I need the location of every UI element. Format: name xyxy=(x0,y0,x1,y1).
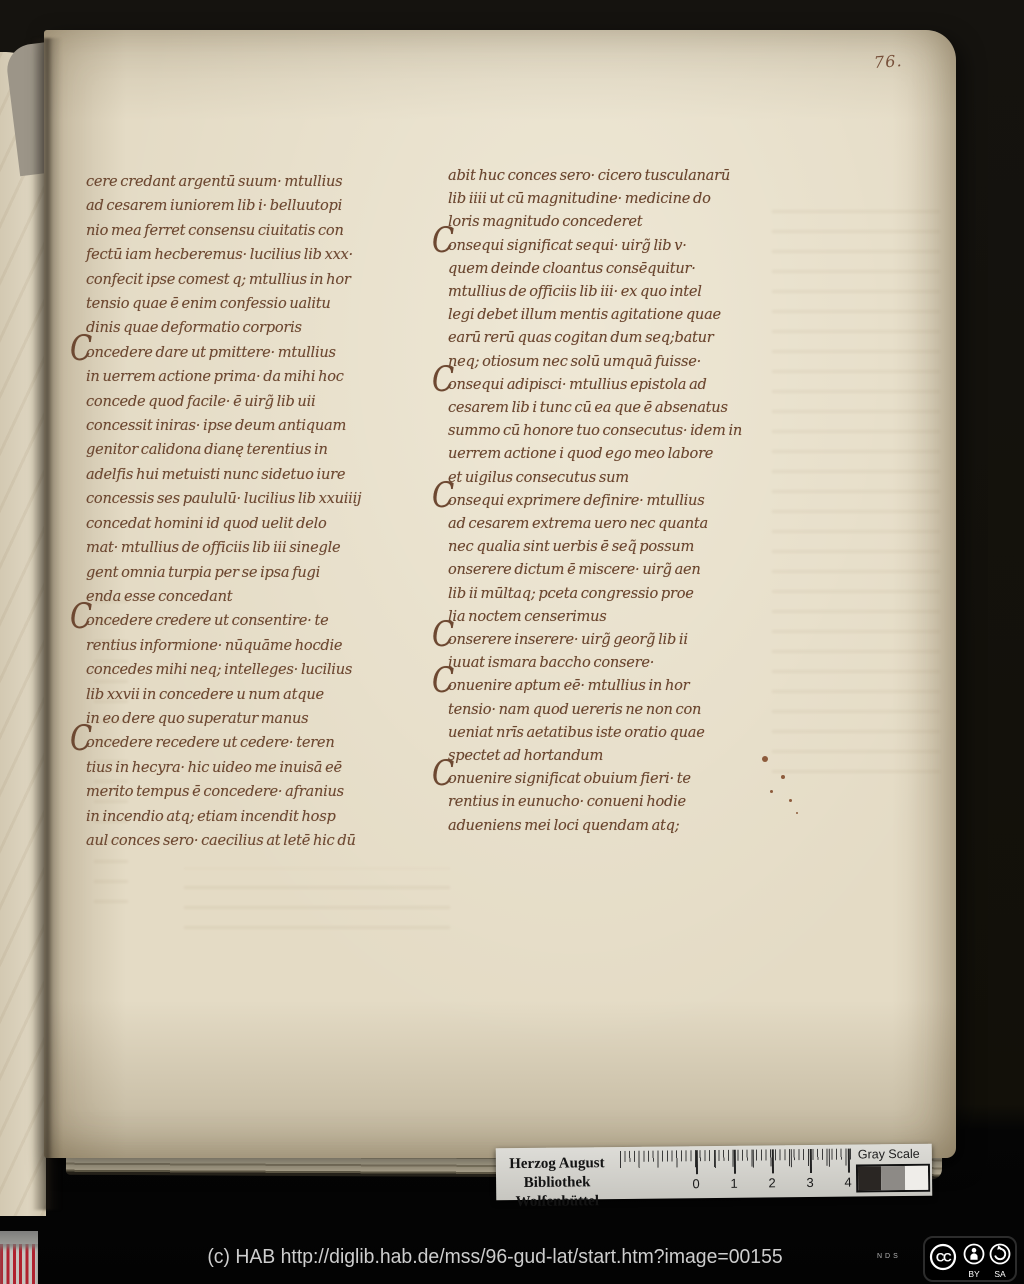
manuscript-line: cere credant argentū suum· mtullius xyxy=(86,170,404,194)
library-name: Herzog August Bibliothek Wolfenbüttel xyxy=(496,1147,619,1200)
ink-spot xyxy=(762,756,768,762)
showthrough-text-right-margin xyxy=(772,200,940,790)
manuscript-page: 76. cere credant argentū suum· mtulliusa… xyxy=(44,30,956,1158)
library-name-line1: Herzog August Bibliothek xyxy=(496,1154,618,1193)
manuscript-line-text: ueniat nrīs aetatibus iste oratio quae xyxy=(448,724,705,741)
manuscript-line-text: summo cū honore tuo consecutus· idem in xyxy=(448,422,742,439)
manuscript-line: concede quod facile· ē uirg̃ lib uii xyxy=(86,390,404,414)
manuscript-line: confecit ipse comest q; mtullius in hor xyxy=(86,268,404,292)
library-name-line2: Wolfenbüttel xyxy=(496,1192,618,1212)
manuscript-line-text: quem deinde cloantus consēquitur· xyxy=(448,260,696,277)
gray-scale-swatch xyxy=(881,1166,905,1190)
ruler-mid-tick xyxy=(791,1149,792,1167)
manuscript-line: concedes mihi neq; intelleges· lucilius xyxy=(86,658,404,682)
svg-text:CC: CC xyxy=(936,1251,952,1265)
manuscript-line-text: mat· mtullius de officiis lib iii sinegl… xyxy=(86,539,340,556)
manuscript-line: lib iiii ut cū magnitudine· medicine do xyxy=(448,187,766,210)
cc-sa-icon xyxy=(991,1245,1010,1264)
ruler-medium-ticks xyxy=(620,1149,854,1168)
manuscript-line: dinis quae deformatio corporis xyxy=(86,316,404,340)
manuscript-line: nio mea ferret consensu ciuitatis con xyxy=(86,219,404,243)
entry-initial: C xyxy=(432,621,454,649)
gray-scale-swatch xyxy=(905,1166,929,1190)
entry-initial: C xyxy=(432,760,454,788)
manuscript-line-text: gent omnia turpia per se ipsa fugi xyxy=(86,564,320,581)
folio-number: 76. xyxy=(873,51,903,72)
cc-license-icons: CC BY SA xyxy=(925,1238,1015,1280)
manuscript-line: concessit iniras· ipse deum antiquam xyxy=(86,414,404,438)
manuscript-line: mtullius de officiis lib iii· ex quo int… xyxy=(448,280,766,303)
manuscript-line: mat· mtullius de officiis lib iii sinegl… xyxy=(86,536,404,560)
manuscript-line: Concedere recedere ut cedere· teren xyxy=(86,731,404,755)
manuscript-line-text: lia noctem censerimus xyxy=(448,608,606,625)
manuscript-line-text: concessit iniras· ipse deum antiquam xyxy=(86,417,346,434)
manuscript-line-text: fectū iam hecberemus· lucilius lib xxx· xyxy=(86,246,353,263)
manuscript-line: aul conces sero· caecilius at letē hic d… xyxy=(86,829,404,853)
manuscript-line: lia noctem censerimus xyxy=(448,605,766,628)
manuscript-line-text: legi debet illum mentis agitatione quae xyxy=(448,306,721,323)
manuscript-line: enda esse concedant xyxy=(86,585,404,609)
manuscript-line: Conuenire aptum eē· mtullius in hor xyxy=(448,674,766,697)
cc-license-badge: CC BY SA xyxy=(923,1236,1017,1282)
manuscript-line-text: tensio quae ē enim confessio ualitu xyxy=(86,295,331,312)
manuscript-line: neq; otiosum nec solū umquā fuisse· xyxy=(448,350,766,373)
manuscript-line-text: et uigilus consecutus sum xyxy=(448,469,629,486)
manuscript-line-text: onuenire aptum eē· mtullius in hor xyxy=(448,677,689,694)
manuscript-line-text: dinis quae deformatio corporis xyxy=(86,319,302,336)
cc-by-label: BY xyxy=(968,1269,980,1279)
registration-mark-top xyxy=(0,1231,38,1244)
ruler-major-tick xyxy=(696,1150,698,1174)
cc-by-icon xyxy=(965,1245,984,1264)
manuscript-line: rentius informione· nūquāme hocdie xyxy=(86,634,404,658)
ruler-number: 0 xyxy=(692,1176,699,1191)
manuscript-line: Conuenire significat obuium fieri· te xyxy=(448,767,766,790)
manuscript-line-text: tensio· nam quod uereris ne non con xyxy=(448,701,701,718)
manuscript-line-text: nec qualia sint uerbis ē seq̃ possum xyxy=(448,538,694,555)
cc-sa-label: SA xyxy=(994,1269,1006,1279)
manuscript-line: cesarem lib i tunc cū ea que ē absenatus xyxy=(448,396,766,419)
manuscript-line-text: rentius in eunucho· conueni hodie xyxy=(448,793,686,810)
manuscript-line-text: ad cesarem iuniorem lib i· belluutopi xyxy=(86,197,342,214)
entry-initial: C xyxy=(432,366,454,394)
manuscript-line-text: cere credant argentū suum· mtullius xyxy=(86,173,342,190)
gray-scale-swatch xyxy=(858,1166,882,1190)
manuscript-line: quem deinde cloantus consēquitur· xyxy=(448,257,766,280)
manuscript-line: Conserere inserere· uirg̃ georg̃ lib ii xyxy=(448,628,766,651)
manuscript-line-text: concedat homini id quod uelit delo xyxy=(86,515,327,532)
entry-initial: C xyxy=(70,333,92,362)
manuscript-line-text: loris magnitudo concederet xyxy=(448,213,642,230)
entry-initial: C xyxy=(432,226,454,254)
manuscript-line-text: concessis ses paululū· lucilius lib xxui… xyxy=(86,490,361,507)
ruler-mid-tick xyxy=(829,1149,830,1167)
cc-icon: CC xyxy=(931,1245,955,1269)
entry-initial: C xyxy=(70,724,92,753)
text-column-left: cere credant argentū suum· mtulliusad ce… xyxy=(86,170,404,853)
manuscript-line: nec qualia sint uerbis ē seq̃ possum xyxy=(448,535,766,558)
manuscript-line: Consequi significat sequi· uirg̃ lib v· xyxy=(448,234,766,257)
manuscript-line-text: nio mea ferret consensu ciuitatis con xyxy=(86,222,344,239)
ruler-number: 3 xyxy=(806,1175,813,1190)
ruler-mid-tick xyxy=(715,1150,716,1168)
manuscript-line-text: onsequi exprimere definire· mtullius xyxy=(448,492,704,509)
manuscript-line-text: iuuat ismara baccho consere· xyxy=(448,654,654,671)
ink-spot xyxy=(781,775,785,779)
manuscript-line-text: oncedere dare ut pmittere· mtullius xyxy=(86,344,336,361)
color-scale-card: Herzog August Bibliothek Wolfenbüttel 01… xyxy=(496,1144,933,1201)
copyright-line: (c) HAB http://diglib.hab.de/mss/96-gud-… xyxy=(15,1246,975,1269)
manuscript-line: lib ii mūltaq; pceta congressio proe xyxy=(448,582,766,605)
manuscript-line: tius in hecyra· hic uideo me inuisā eē xyxy=(86,756,404,780)
manuscript-line: genitor calidona dianę terentius in xyxy=(86,438,404,462)
ink-spot xyxy=(789,799,792,802)
manuscript-line: concessis ses paululū· lucilius lib xxui… xyxy=(86,487,404,511)
manuscript-line-text: neq; otiosum nec solū umquā fuisse· xyxy=(448,353,701,370)
manuscript-line-text: spectet ad hortandum xyxy=(448,747,603,764)
ruler-mid-tick xyxy=(753,1150,754,1168)
gutter-shadow xyxy=(32,38,62,1210)
manuscript-line: ad cesarem iuniorem lib i· belluutopi xyxy=(86,194,404,218)
ruler-major-tick xyxy=(772,1149,774,1173)
manuscript-line-text: genitor calidona dianę terentius in xyxy=(86,441,328,458)
gray-scale-strip xyxy=(856,1164,930,1193)
manuscript-line-text: ad cesarem extrema uero nec quanta xyxy=(448,515,708,532)
manuscript-line: lib xxvii in concedere u num atque xyxy=(86,683,404,707)
registration-stripes xyxy=(0,1244,38,1284)
manuscript-line: Concedere dare ut pmittere· mtullius xyxy=(86,341,404,365)
ink-spot xyxy=(770,790,773,793)
manuscript-line-text: abit huc conces sero· cicero tusculanarū xyxy=(448,167,730,184)
ruler-number: 1 xyxy=(730,1176,737,1191)
footer-code: NDS xyxy=(877,1253,901,1260)
gray-scale: Gray Scale xyxy=(858,1144,933,1197)
manuscript-line-text: concede quod facile· ē uirg̃ lib uii xyxy=(86,393,315,410)
ruler-major-tick xyxy=(810,1149,812,1173)
manuscript-line-text: onsequi significat sequi· uirg̃ lib v· xyxy=(448,237,687,254)
showthrough-text-left-margin xyxy=(94,590,128,920)
ruler: 01234 xyxy=(618,1144,859,1199)
manuscript-line: summo cū honore tuo consecutus· idem in xyxy=(448,419,766,442)
manuscript-line: adueniens mei loci quendam atq; xyxy=(448,814,766,837)
manuscript-line: Consequi exprimere definire· mtullius xyxy=(448,489,766,512)
manuscript-line: ueniat nrīs aetatibus iste oratio quae xyxy=(448,721,766,744)
manuscript-line-text: onsequi adipisci· mtullius epistola ad xyxy=(448,376,707,393)
manuscript-line: concedat homini id quod uelit delo xyxy=(86,512,404,536)
manuscript-line: Consequi adipisci· mtullius epistola ad xyxy=(448,373,766,396)
manuscript-line-text: adelfis hui metuisti nunc sidetuo iure xyxy=(86,466,345,483)
entry-initial: C xyxy=(70,602,92,631)
manuscript-line: tensio quae ē enim confessio ualitu xyxy=(86,292,404,316)
manuscript-line: iuuat ismara baccho consere· xyxy=(448,651,766,674)
manuscript-line: merito tempus ē concedere· afranius xyxy=(86,780,404,804)
manuscript-line: in incendio atq; etiam incendit hosp xyxy=(86,805,404,829)
manuscript-line-text: mtullius de officiis lib iii· ex quo int… xyxy=(448,283,702,300)
manuscript-line-text: lib ii mūltaq; pceta congressio proe xyxy=(448,585,694,602)
entry-initial: C xyxy=(432,667,454,695)
manuscript-line: spectet ad hortandum xyxy=(448,744,766,767)
gray-scale-label: Gray Scale xyxy=(858,1147,920,1162)
manuscript-line: in uerrem actione prima· da mihi hoc xyxy=(86,365,404,389)
manuscript-line-text: onserere inserere· uirg̃ georg̃ lib ii xyxy=(448,631,688,648)
manuscript-line: loris magnitudo concederet xyxy=(448,210,766,233)
scan-background: 76. cere credant argentū suum· mtulliusa… xyxy=(0,0,1024,1284)
manuscript-line-text: in uerrem actione prima· da mihi hoc xyxy=(86,368,344,385)
showthrough-text-below-column xyxy=(184,868,450,946)
ruler-major-tick xyxy=(734,1150,736,1174)
ruler-number: 4 xyxy=(844,1175,851,1190)
manuscript-line: adelfis hui metuisti nunc sidetuo iure xyxy=(86,463,404,487)
manuscript-line: gent omnia turpia per se ipsa fugi xyxy=(86,561,404,585)
manuscript-line-text: onuenire significat obuium fieri· te xyxy=(448,770,691,787)
manuscript-line: ad cesarem extrema uero nec quanta xyxy=(448,512,766,535)
manuscript-line: abit huc conces sero· cicero tusculanarū xyxy=(448,164,766,187)
manuscript-line: earū rerū quas cogitan dum seq;batur xyxy=(448,326,766,349)
manuscript-line: Concedere credere ut consentire· te xyxy=(86,609,404,633)
manuscript-line: tensio· nam quod uereris ne non con xyxy=(448,698,766,721)
entry-initial: C xyxy=(432,482,454,510)
manuscript-line: et uigilus consecutus sum xyxy=(448,466,766,489)
manuscript-line: onserere dictum ē miscere· uirg̃ aen xyxy=(448,558,766,581)
registration-mark xyxy=(0,1231,38,1284)
manuscript-line: in eo dere quo superatur manus xyxy=(86,707,404,731)
ruler-major-tick xyxy=(848,1149,850,1173)
manuscript-line-text: earū rerū quas cogitan dum seq;batur xyxy=(448,329,714,346)
text-column-right: abit huc conces sero· cicero tusculanarū… xyxy=(448,164,766,837)
manuscript-line-text: onserere dictum ē miscere· uirg̃ aen xyxy=(448,561,701,578)
manuscript-line-text: lib iiii ut cū magnitudine· medicine do xyxy=(448,190,711,207)
ruler-number: 2 xyxy=(768,1175,775,1190)
manuscript-line-text: cesarem lib i tunc cū ea que ē absenatus xyxy=(448,399,728,416)
ink-spot xyxy=(796,812,798,814)
manuscript-line: legi debet illum mentis agitatione quae xyxy=(448,303,766,326)
manuscript-line-text: uerrem actione i quod ego meo labore xyxy=(448,445,713,462)
manuscript-line-text: confecit ipse comest q; mtullius in hor xyxy=(86,271,351,288)
manuscript-line: uerrem actione i quod ego meo labore xyxy=(448,442,766,465)
manuscript-line-text: adueniens mei loci quendam atq; xyxy=(448,817,679,834)
manuscript-line: fectū iam hecberemus· lucilius lib xxx· xyxy=(86,243,404,267)
manuscript-line: rentius in eunucho· conueni hodie xyxy=(448,790,766,813)
